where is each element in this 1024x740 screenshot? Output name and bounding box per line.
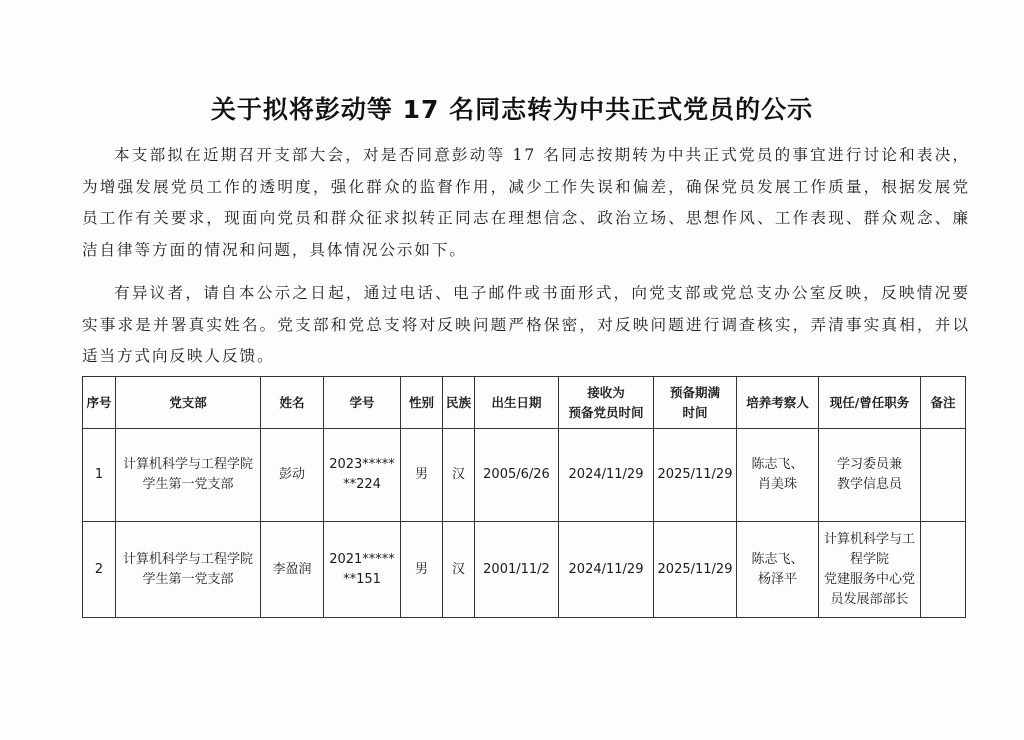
cell-line: 学习委员兼 xyxy=(821,455,918,475)
cell-line: 肖美珠 xyxy=(739,475,816,495)
paragraph-objection-instructions: 有异议者，请自本公示之日起，通过电话、电子邮件或书面形式，向党支部或党总支办公室… xyxy=(82,278,970,373)
cell-index: 2 xyxy=(83,522,116,618)
table-row: 2 计算机科学与工程学院 学生第一党支部 李盈润 2021***** **151… xyxy=(83,522,966,618)
cell-branch: 计算机科学与工程学院 学生第一党支部 xyxy=(116,429,261,522)
cell-index: 1 xyxy=(83,429,116,522)
cell-probation-start: 2024/11/29 xyxy=(559,429,654,522)
cell-line: 党建服务中心党 xyxy=(821,570,918,590)
header-student-id: 学号 xyxy=(324,377,401,429)
cell-mentors: 陈志飞、 杨泽平 xyxy=(737,522,819,618)
document-title: 关于拟将彭动等 17 名同志转为中共正式党员的公示 xyxy=(0,90,1024,126)
document-page: 关于拟将彭动等 17 名同志转为中共正式党员的公示 本支部拟在近期召开支部大会，… xyxy=(0,0,1024,740)
cell-line: 杨泽平 xyxy=(739,570,816,590)
cell-probation-start: 2024/11/29 xyxy=(559,522,654,618)
header-position: 现任/曾任职务 xyxy=(819,377,921,429)
header-ethnicity: 民族 xyxy=(443,377,475,429)
cell-line: **151 xyxy=(326,570,398,590)
cell-line: 2023***** xyxy=(326,455,398,475)
cell-line: 员发展部部长 xyxy=(821,590,918,610)
table-header-row: 序号 党支部 姓名 学号 性别 民族 出生日期 接收为 预备党员时间 预备期满 … xyxy=(83,377,966,429)
header-birth-date: 出生日期 xyxy=(475,377,559,429)
header-branch: 党支部 xyxy=(116,377,261,429)
candidates-table: 序号 党支部 姓名 学号 性别 民族 出生日期 接收为 预备党员时间 预备期满 … xyxy=(82,376,966,618)
cell-ethnicity: 汉 xyxy=(443,522,475,618)
cell-name: 李盈润 xyxy=(261,522,324,618)
header-probation-end: 预备期满 时间 xyxy=(654,377,737,429)
cell-birth-date: 2005/6/26 xyxy=(475,429,559,522)
header-index: 序号 xyxy=(83,377,116,429)
header-line: 预备党员时间 xyxy=(561,403,651,423)
cell-gender: 男 xyxy=(401,429,443,522)
cell-remarks xyxy=(921,522,966,618)
header-mentors: 培养考察人 xyxy=(737,377,819,429)
cell-line: 陈志飞、 xyxy=(739,455,816,475)
cell-line: 计算机科学与工程学院 xyxy=(118,550,258,570)
cell-mentors: 陈志飞、 肖美珠 xyxy=(737,429,819,522)
cell-line: **224 xyxy=(326,475,398,495)
header-remarks: 备注 xyxy=(921,377,966,429)
cell-student-id: 2021***** **151 xyxy=(324,522,401,618)
cell-gender: 男 xyxy=(401,522,443,618)
table-row: 1 计算机科学与工程学院 学生第一党支部 彭动 2023***** **224 … xyxy=(83,429,966,522)
cell-ethnicity: 汉 xyxy=(443,429,475,522)
cell-birth-date: 2001/11/2 xyxy=(475,522,559,618)
header-name: 姓名 xyxy=(261,377,324,429)
cell-position: 学习委员兼 教学信息员 xyxy=(819,429,921,522)
cell-line: 程学院 xyxy=(821,550,918,570)
cell-line: 学生第一党支部 xyxy=(118,475,258,495)
cell-position: 计算机科学与工 程学院 党建服务中心党 员发展部部长 xyxy=(819,522,921,618)
cell-line: 计算机科学与工程学院 xyxy=(118,455,258,475)
header-probation-start: 接收为 预备党员时间 xyxy=(559,377,654,429)
header-line: 时间 xyxy=(656,403,734,423)
cell-branch: 计算机科学与工程学院 学生第一党支部 xyxy=(116,522,261,618)
cell-line: 学生第一党支部 xyxy=(118,570,258,590)
cell-student-id: 2023***** **224 xyxy=(324,429,401,522)
cell-line: 2021***** xyxy=(326,550,398,570)
header-line: 接收为 xyxy=(561,383,651,403)
paragraph-intro: 本支部拟在近期召开支部大会，对是否同意彭动等 17 名同志按期转为中共正式党员的… xyxy=(82,140,970,266)
cell-line: 计算机科学与工 xyxy=(821,530,918,550)
cell-line: 教学信息员 xyxy=(821,475,918,495)
cell-name: 彭动 xyxy=(261,429,324,522)
cell-probation-end: 2025/11/29 xyxy=(654,522,737,618)
cell-remarks xyxy=(921,429,966,522)
header-gender: 性别 xyxy=(401,377,443,429)
header-line: 预备期满 xyxy=(656,383,734,403)
cell-line: 陈志飞、 xyxy=(739,550,816,570)
cell-probation-end: 2025/11/29 xyxy=(654,429,737,522)
